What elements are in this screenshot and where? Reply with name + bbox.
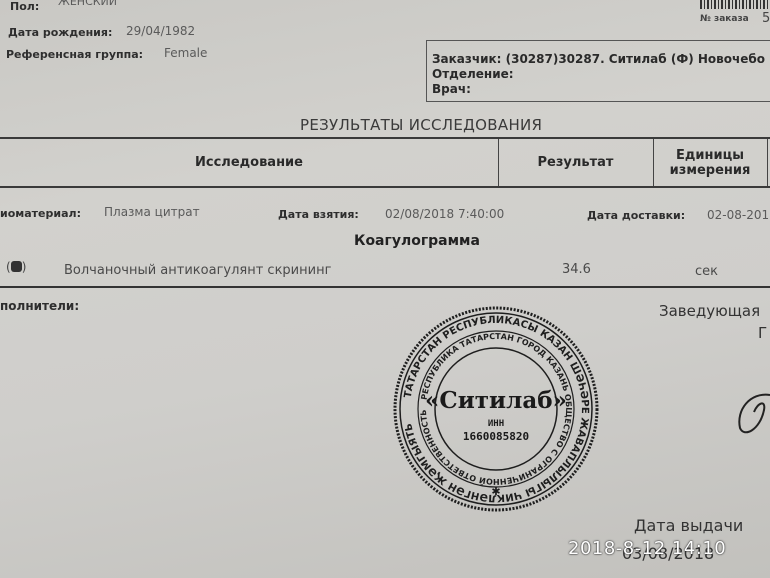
department: Отделение: <box>432 67 514 81</box>
performers-label: полнители: <box>0 299 79 313</box>
head-name: Г <box>758 324 767 342</box>
dob-value: 29/04/1982 <box>126 24 195 38</box>
client-box: Заказчик: (30287)30287. Ситилаб (Ф) Ново… <box>426 40 770 102</box>
column-header-result: Результат <box>498 139 654 186</box>
delivered-value: 02-08-201 <box>707 208 769 222</box>
refgroup-label: Референсная группа: <box>6 48 143 61</box>
camera-timestamp: 2018-8-12 14:10 <box>568 538 726 559</box>
test-unit: сек <box>695 264 718 279</box>
svg-text:«Ситилаб»: «Ситилаб» <box>425 387 567 414</box>
column-header-test: Исследование <box>0 139 499 186</box>
test-result: 34.6 <box>562 262 591 277</box>
svg-text:✱: ✱ <box>491 485 500 498</box>
collected-value: 02/08/2018 7:40:00 <box>385 207 504 221</box>
collected-label: Дата взятия: <box>278 208 359 221</box>
sex-value: ЖЕНСКИЙ <box>58 0 117 8</box>
test-group-title: Коагулограмма <box>354 233 480 249</box>
head-label: Заведующая <box>659 302 760 320</box>
signature <box>730 380 770 440</box>
results-table-header: Исследование Результат Единицы измерения <box>0 137 770 188</box>
customer: Заказчик: (30287)30287. Ситилаб (Ф) Ново… <box>432 52 765 66</box>
biomaterial-label: иоматериал: <box>0 207 81 220</box>
sex-label: Пол: <box>10 0 39 13</box>
order-number-label: № заказа <box>700 14 749 24</box>
doctor: Врач: <box>432 82 471 96</box>
flag-dot-icon <box>11 261 22 272</box>
delivered-label: Дата доставки: <box>587 209 685 222</box>
refgroup-value: Female <box>164 46 207 60</box>
dob-label: Дата рождения: <box>8 26 112 39</box>
svg-text:ИНН: ИНН <box>488 419 504 429</box>
result-flag: () <box>6 260 26 274</box>
results-title: РЕЗУЛЬТАТЫ ИССЛЕДОВАНИЯ <box>300 116 542 134</box>
test-name: Волчаночный антикоагулянт скрининг <box>64 263 331 278</box>
column-header-units: Единицы измерения <box>653 139 768 186</box>
issue-date-label: Дата выдачи <box>634 516 743 535</box>
biomaterial-value: Плазма цитрат <box>104 205 200 219</box>
barcode <box>700 0 770 9</box>
divider <box>0 286 770 288</box>
svg-text:1660085820: 1660085820 <box>463 430 529 443</box>
company-stamp: ТАТАРСТАН РЕСПУБЛИКАСЫ КАЗАН ШӘҺӘРЕ ЖАВА… <box>392 305 600 513</box>
order-number-value: 5 <box>762 11 770 26</box>
